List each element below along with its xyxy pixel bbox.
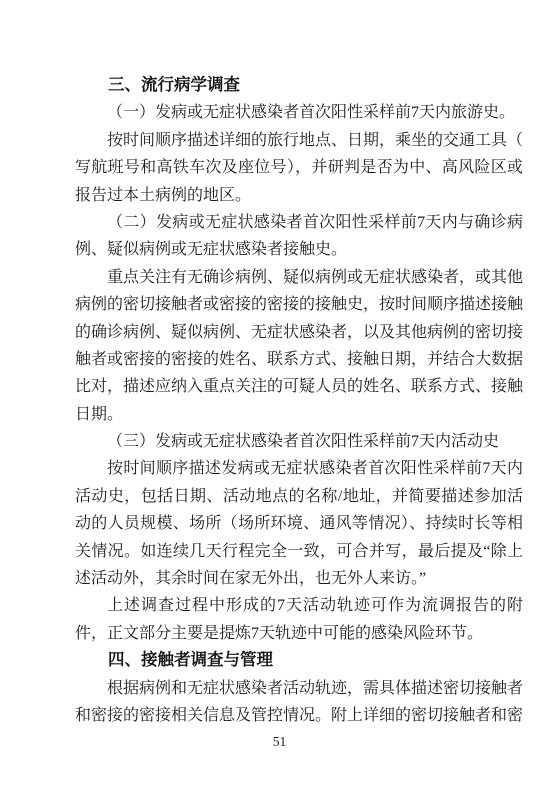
page-number: 51 bbox=[0, 733, 559, 751]
body-line: 述活动外，其余时间在家无外出，也无外人来访。” bbox=[75, 565, 523, 592]
body-line: 根据病例和无症状感染者活动轨迹，需具体描述密切接触者 bbox=[75, 675, 523, 702]
body-line: 件，正文部分主要是提炼7天轨迹中可能的感染风险环节。 bbox=[75, 620, 523, 647]
body-line: 触者或密接的密接的姓名、联系方式、接触日期，并结合大数据 bbox=[75, 346, 523, 373]
body-line: 的确诊病例、疑似病例、无症状感染者，以及其他病例的密切接 bbox=[75, 319, 523, 346]
body-line: 活动史，包括日期、活动地点的名称/地址，并简要描述参加活 bbox=[75, 483, 523, 510]
body-line: 比对，描述应纳入重点关注的可疑人员的姓名、联系方式、接触 bbox=[75, 373, 523, 400]
body-line: 按时间顺序描述发病或无症状感染者首次阳性采样前7天内 bbox=[75, 455, 523, 482]
body-line: 关情况。如连续几天行程完全一致，可合并写，最后提及“除上 bbox=[75, 538, 523, 565]
subheading-line: （一）发病或无症状感染者首次阳性采样前7天内旅游史。 bbox=[75, 99, 523, 126]
body-line: 报告过本土病例的地区。 bbox=[75, 182, 523, 209]
body-line: 写航班号和高铁车次及座位号），并研判是否为中、高风险区或 bbox=[75, 154, 523, 181]
body-line: 重点关注有无确诊病例、疑似病例或无症状感染者，或其他 bbox=[75, 264, 523, 291]
section-heading: 三、流行病学调查 bbox=[75, 72, 523, 99]
subheading-line: （二）发病或无症状感染者首次阳性采样前7天内与确诊病 bbox=[75, 209, 523, 236]
body-line: 和密接的密接相关信息及管控情况。附上详细的密切接触者和密 bbox=[75, 702, 523, 729]
document-body: 三、流行病学调查（一）发病或无症状感染者首次阳性采样前7天内旅游史。按时间顺序描… bbox=[75, 72, 523, 729]
subheading-line: 例、疑似病例或无症状感染者接触史。 bbox=[75, 236, 523, 263]
body-line: 上述调查过程中形成的7天活动轨迹可作为流调报告的附 bbox=[75, 592, 523, 619]
subheading-line: （三）发病或无症状感染者首次阳性采样前7天内活动史 bbox=[75, 428, 523, 455]
document-page: 三、流行病学调查（一）发病或无症状感染者首次阳性采样前7天内旅游史。按时间顺序描… bbox=[0, 0, 559, 793]
body-line: 日期。 bbox=[75, 401, 523, 428]
body-line: 动的人员规模、场所（场所环境、通风等情况）、持续时长等相 bbox=[75, 510, 523, 537]
body-line: 病例的密切接触者或密接的密接的接触史，按时间顺序描述接触 bbox=[75, 291, 523, 318]
body-line: 按时间顺序描述详细的旅行地点、日期，乘坐的交通工具（ bbox=[75, 127, 523, 154]
section-heading: 四、接触者调查与管理 bbox=[75, 647, 523, 674]
